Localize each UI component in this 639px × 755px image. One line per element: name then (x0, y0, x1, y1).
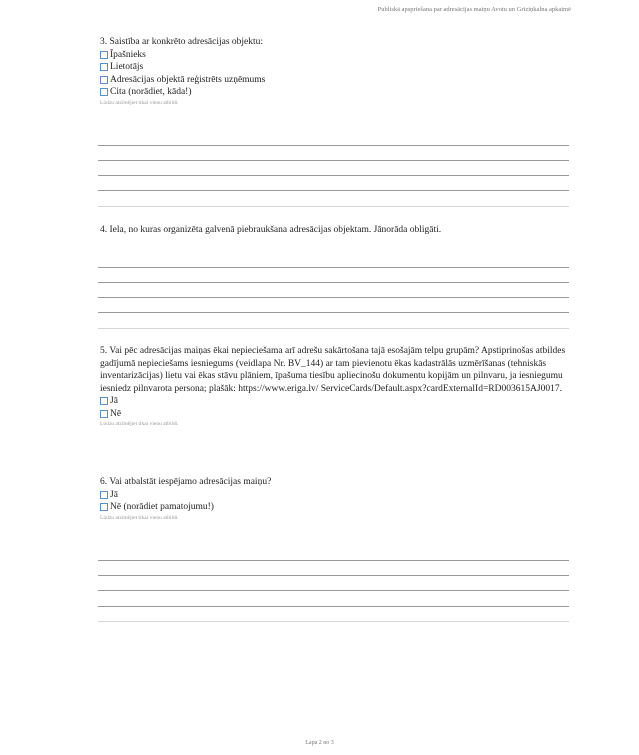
option-user[interactable]: Lietotājs (100, 61, 265, 74)
question-6: 6. Vai atbalstāt iespējamo adresācijas m… (100, 476, 271, 523)
answer-line[interactable] (98, 206, 569, 207)
question-3: 3. Saistība ar konkrēto adresācijas obje… (100, 36, 265, 108)
question-5: 5. Vai pēc adresācijas maiņas ēkai nepie… (100, 345, 572, 429)
answer-line[interactable] (98, 160, 569, 161)
checkbox[interactable] (100, 76, 108, 84)
option-other[interactable]: Cita (norādiet, kāda!) (100, 86, 265, 99)
answer-line[interactable] (98, 267, 569, 268)
question-5-title: 5. Vai pēc adresācijas maiņas ēkai nepie… (100, 345, 572, 395)
option-yes[interactable]: Jā (100, 395, 572, 408)
question-4-title: 4. Iela, no kuras organizēta galvenā pie… (100, 224, 441, 237)
page-header: Publiskā apspriešana par adresācijas mai… (378, 6, 571, 13)
answer-line[interactable] (98, 312, 569, 313)
answer-line[interactable] (98, 590, 569, 591)
checkbox[interactable] (100, 503, 108, 511)
answer-line[interactable] (98, 282, 569, 283)
option-no[interactable]: Nē (100, 408, 572, 421)
answer-line[interactable] (98, 575, 569, 576)
answer-line[interactable] (98, 621, 569, 622)
answer-line[interactable] (98, 145, 569, 146)
answer-line[interactable] (98, 175, 569, 176)
question-6-title: 6. Vai atbalstāt iespējamo adresācijas m… (100, 476, 271, 489)
checkbox[interactable] (100, 491, 108, 499)
checkbox[interactable] (100, 88, 108, 96)
answer-line[interactable] (98, 190, 569, 191)
page-number: Lapa 2 no 3 (0, 740, 639, 746)
hint-text: Lūdzu atzīmējiet tikai vienu atbildi. (100, 514, 271, 523)
checkbox[interactable] (100, 63, 108, 71)
answer-line[interactable] (98, 328, 569, 329)
checkbox[interactable] (100, 410, 108, 418)
option-no-reason[interactable]: Nē (norādiet pamatojumu!) (100, 501, 271, 514)
hint-text: Lūdzu atzīmējiet tikai vienu atbildi. (100, 99, 265, 108)
checkbox[interactable] (100, 51, 108, 59)
answer-line[interactable] (98, 560, 569, 561)
option-yes[interactable]: Jā (100, 489, 271, 502)
checkbox[interactable] (100, 397, 108, 405)
hint-text: Lūdzu atzīmējiet tikai vienu atbildi. (100, 420, 572, 429)
question-3-title: 3. Saistība ar konkrēto adresācijas obje… (100, 36, 265, 49)
question-4: 4. Iela, no kuras organizēta galvenā pie… (100, 224, 441, 237)
answer-line[interactable] (98, 297, 569, 298)
option-company[interactable]: Adresācijas objektā reģistrēts uzņēmums (100, 74, 265, 87)
option-owner[interactable]: Īpašnieks (100, 49, 265, 62)
answer-line[interactable] (98, 606, 569, 607)
